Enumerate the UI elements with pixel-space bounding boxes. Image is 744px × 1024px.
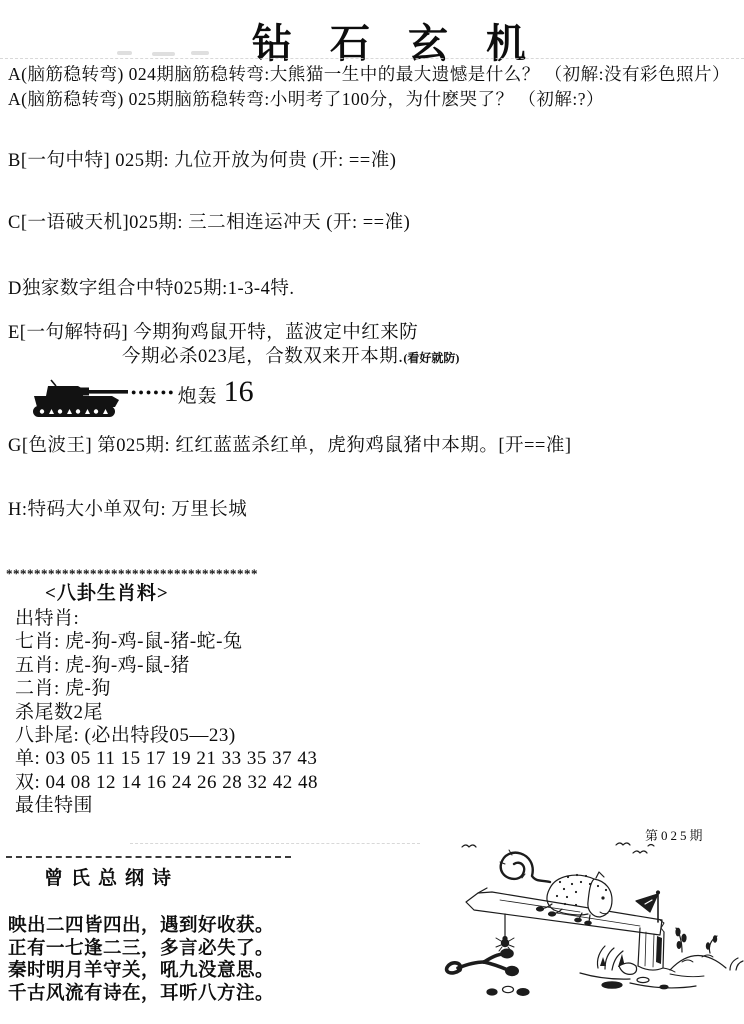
pebbles [487,986,529,995]
scan-artifact [0,58,744,59]
bagua-row: 双: 04 08 12 14 16 24 26 28 32 42 48 [15,767,318,790]
poem-line: 映出二四皆四出，遇到好收获。 [8,911,274,934]
riddle-line-025: A(脑筋稳转弯) 025期脑筋稳转弯:小明考了100分，为什麽哭了？ （初解:?… [8,89,604,109]
bagua-row: 二肖: 虎-狗 [15,673,318,696]
mound [670,955,726,970]
leaf-sprigs [675,928,717,953]
tip-line-c: C[一语破天机]025期: 三二相连运冲天 (开: ==准) [8,213,410,234]
bagua-row: 五肖: 虎-狗-鸡-鼠-猪 [15,650,318,673]
bagua-row: 八卦尾: (必出特段05—23) [15,720,318,743]
tank-icon [28,379,128,423]
stars-divider: ************************************ [6,567,258,582]
poem-title: 曾氏总纲诗 [44,868,179,890]
scan-artifact [152,52,175,56]
birds-icon [462,843,654,853]
spider-on-string-icon [496,914,514,951]
cannon-label: 炮轰 [178,381,218,408]
poem-line: 正有一七逢二三，多言必失了。 [8,934,274,957]
bagua-row: 最佳特围 [15,790,318,813]
cannon-number: 16 [224,375,254,409]
poem: 映出二四皆四出，遇到好收获。 正有一七逢二三，多言必失了。 秦时明月羊守关，吼九… [8,911,274,1001]
page-title: 钻石玄机 [252,12,564,69]
tip-line-g: G[色波王] 第025期: 红红蓝蓝杀红单，虎狗鸡鼠猪中本期。[开==准] [8,436,572,457]
lottery-tip-sheet: 钻石玄机 A(脑筋稳转弯) 024期脑筋稳转弯:大熊猫一生中的最大遗憾是什么？ … [0,0,744,1024]
cannon-dots: ●●●●●● [131,387,176,397]
tip-line-d: D独家数字组合中特025期:1-3-4特. [8,279,294,300]
poem-line: 千古风流有诗在，耳听八方注。 [8,979,274,1002]
bagua-rows: 出特肖: 七肖: 虎-狗-鸡-鼠-猪-蛇-兔 五肖: 虎-狗-鸡-鼠-猪 二肖:… [15,603,318,814]
bagua-row: 单: 03 05 11 15 17 19 21 33 35 37 43 [15,743,318,766]
tip-line-e2: 今期必杀023尾，合数双来开本期.(看好就防) [122,347,459,368]
cannon-row: ●●●●●● 炮轰 16 [28,379,254,423]
tip-line-e2-note: (看好就防) [403,351,459,365]
plank [466,888,664,935]
scan-artifact [130,843,420,844]
riddle-line-024: A(脑筋稳转弯) 024期脑筋稳转弯:大熊猫一生中的最大遗憾是什么？ （初解:没… [8,64,730,84]
bagua-header: <八卦生肖料> [45,583,169,605]
bagua-row: 杀尾数2尾 [15,697,318,720]
slingshot-icon [447,950,518,974]
bagua-row: 出特肖: [15,603,318,626]
grass-left [597,946,636,974]
scan-artifact [117,51,132,55]
poem-line: 秦时明月羊守关，吼九没意思。 [8,956,274,979]
tip-line-e2-text: 今期必杀023尾，合数双来开本期. [122,347,403,367]
tip-line-b: B[一句中特] 025期: 九位开放为何贵 (开: ==准) [8,151,396,172]
bagua-row: 七肖: 虎-狗-鸡-鼠-猪-蛇-兔 [15,626,318,649]
scan-artifact [191,51,209,55]
tip-line-e1: E[一句解特码] 今期狗鸡鼠开特，蓝波定中红来防 [8,323,418,344]
tip-line-h: H:特码大小单双句: 万里长城 [8,500,247,521]
dashed-divider [6,856,291,858]
leopard-cartoon [430,820,744,1024]
